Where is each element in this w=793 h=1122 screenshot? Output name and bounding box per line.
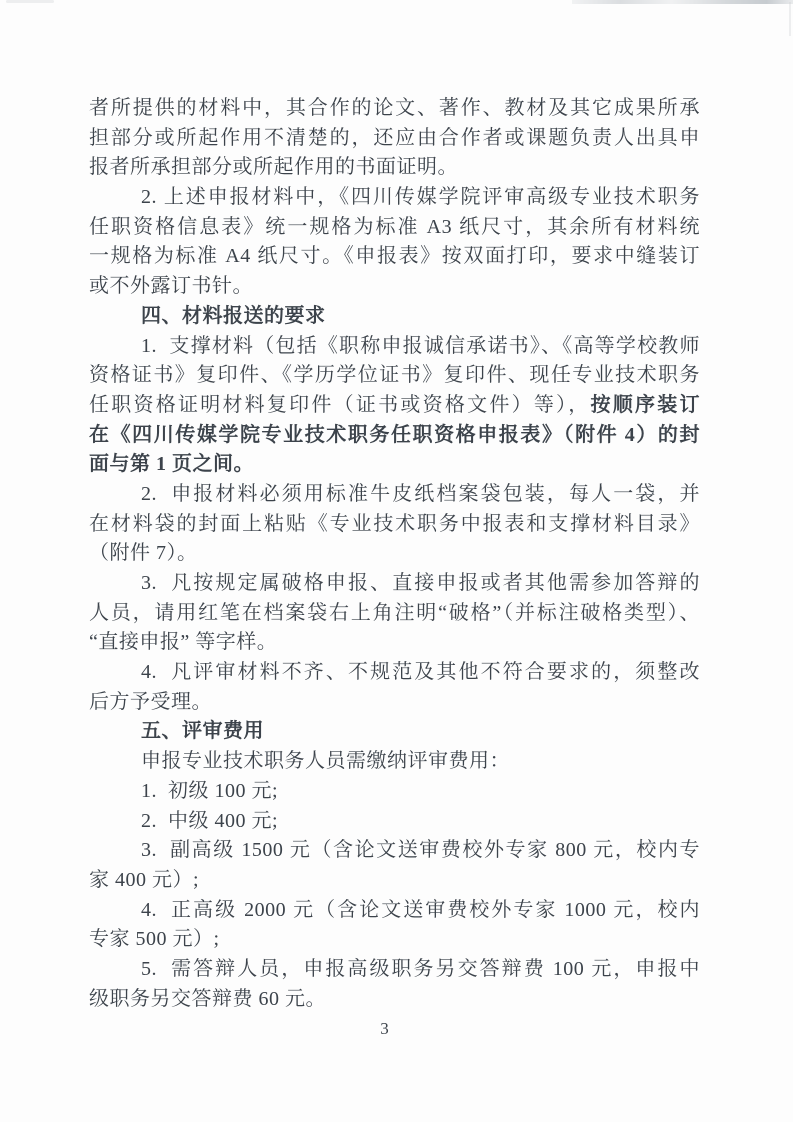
text-line: 资格证书》复印件、《学历学位证书》复印件、现任专业技术职务	[89, 361, 700, 391]
page-number: 3	[0, 1019, 781, 1039]
line-regular-text: 任职资格信息表》统一规格为标准 A3 纸尺寸，其余所有材料统	[89, 216, 700, 238]
line-regular-text: “直接申报” 等字样。	[89, 631, 277, 653]
line-bold-text: 在《四川传媒学院专业技术职务任职资格申报表》（附件 4）的封	[89, 424, 700, 446]
line-regular-text: 专家 500 元）;	[89, 928, 220, 950]
text-line: 人员，请用红笔在档案袋右上角注明“破格”（并标注破格类型）、	[89, 599, 700, 629]
text-line: 3. 副高级 1500 元（含论文送审费校外专家 800 元，校内专	[89, 836, 700, 866]
line-bold-text: 按顺序装订	[591, 394, 700, 416]
text-line: 4. 凡评审材料不齐、不规范及其他不符合要求的，须整改	[89, 658, 700, 688]
text-line: 四、材料报送的要求	[89, 302, 700, 332]
line-regular-text: 2. 中级 400 元;	[141, 810, 278, 832]
line-regular-text: 4. 凡评审材料不齐、不规范及其他不符合要求的，须整改	[141, 661, 700, 683]
line-regular-text: 4. 正高级 2000 元（含论文送审费校外专家 1000 元，校内	[141, 899, 700, 921]
text-line: 任职资格信息表》统一规格为标准 A3 纸尺寸，其余所有材料统	[89, 213, 700, 243]
text-line: 级职务另交答辩费 60 元。	[89, 985, 700, 1015]
line-regular-text: 3. 副高级 1500 元（含论文送审费校外专家 800 元，校内专	[141, 839, 700, 861]
line-regular-text: 1. 支撑材料（包括《职称申报诚信承诺书》、《高等学校教师	[141, 335, 700, 357]
text-line: 2. 上述申报材料中，《四川传媒学院评审高级专业技术职务	[89, 183, 700, 213]
text-line: 报者所承担部分或所起作用的书面证明。	[89, 153, 700, 183]
line-regular-text: 一规格为标准 A4 纸尺寸。《申报表》按双面打印，要求中缝装订	[89, 245, 700, 267]
line-regular-text: 级职务另交答辩费 60 元。	[89, 988, 326, 1010]
text-line: 家 400 元）;	[89, 866, 700, 896]
text-line: 在《四川传媒学院专业技术职务任职资格申报表》（附件 4）的封	[89, 421, 700, 451]
line-regular-text: 在材料袋的封面上粘贴《专业技术职务中报表和支撑材料目录》	[89, 513, 700, 535]
text-line: 后方予受理。	[89, 688, 700, 718]
text-line: “直接申报” 等字样。	[89, 628, 700, 658]
line-bold-text: 面与第 1 页之间。	[89, 453, 254, 475]
text-line: 3. 凡按规定属破格申报、直接申报或者其他需参加答辩的	[89, 569, 700, 599]
text-line: 1. 初级 100 元;	[89, 777, 700, 807]
text-line: 担部分或所起作用不清楚的，还应由合作者或课题负责人出具申	[89, 124, 700, 154]
line-regular-text: 3. 凡按规定属破格申报、直接申报或者其他需参加答辩的	[141, 572, 700, 594]
line-bold-text: 五、评审费用	[141, 720, 264, 742]
text-line: 在材料袋的封面上粘贴《专业技术职务中报表和支撑材料目录》	[89, 510, 700, 540]
text-line: 申报专业技术职务人员需缴纳评审费用：	[89, 747, 700, 777]
text-line: 五、评审费用	[89, 717, 700, 747]
scan-artifact-top-left	[6, 0, 54, 3]
scan-artifact-top-right	[572, 0, 793, 4]
line-regular-text: 2. 申报材料必须用标准牛皮纸档案袋包装，每人一袋，并	[141, 483, 700, 505]
document-page: 者所提供的材料中，其合作的论文、著作、教材及其它成果所承担部分或所起作用不清楚的…	[0, 0, 793, 1122]
line-regular-text: 2. 上述申报材料中，《四川传媒学院评审高级专业技术职务	[141, 186, 700, 208]
line-bold-text: 四、材料报送的要求	[141, 305, 326, 327]
line-regular-text: 人员，请用红笔在档案袋右上角注明“破格”（并标注破格类型）、	[89, 602, 700, 624]
text-line: 5. 需答辩人员，申报高级职务另交答辩费 100 元，申报中	[89, 955, 700, 985]
text-line: 或不外露订书针。	[89, 272, 700, 302]
text-line: 任职资格证明材料复印件（证书或资格文件）等），按顺序装订	[89, 391, 700, 421]
line-regular-text: （附件 7）。	[89, 542, 198, 564]
line-regular-text: 报者所承担部分或所起作用的书面证明。	[89, 156, 458, 178]
line-regular-text: 任职资格证明材料复印件（证书或资格文件）等），	[89, 394, 591, 416]
text-line: （附件 7）。	[89, 539, 700, 569]
text-line: 专家 500 元）;	[89, 925, 700, 955]
text-line: 2. 中级 400 元;	[89, 807, 700, 837]
text-line: 1. 支撑材料（包括《职称申报诚信承诺书》、《高等学校教师	[89, 332, 700, 362]
document-body: 者所提供的材料中，其合作的论文、著作、教材及其它成果所承担部分或所起作用不清楚的…	[89, 94, 700, 1014]
line-regular-text: 担部分或所起作用不清楚的，还应由合作者或课题负责人出具申	[89, 127, 700, 149]
line-regular-text: 后方予受理。	[89, 691, 212, 713]
line-regular-text: 或不外露订书针。	[89, 275, 253, 297]
line-regular-text: 资格证书》复印件、《学历学位证书》复印件、现任专业技术职务	[89, 364, 700, 386]
line-regular-text: 1. 初级 100 元;	[141, 780, 278, 802]
text-line: 4. 正高级 2000 元（含论文送审费校外专家 1000 元，校内	[89, 896, 700, 926]
text-line: 者所提供的材料中，其合作的论文、著作、教材及其它成果所承	[89, 94, 700, 124]
scan-artifact-right-edge	[789, 2, 791, 36]
text-line: 一规格为标准 A4 纸尺寸。《申报表》按双面打印，要求中缝装订	[89, 242, 700, 272]
line-regular-text: 家 400 元）;	[89, 869, 199, 891]
line-regular-text: 5. 需答辩人员，申报高级职务另交答辩费 100 元，申报中	[141, 958, 700, 980]
text-line: 2. 申报材料必须用标准牛皮纸档案袋包装，每人一袋，并	[89, 480, 700, 510]
text-line: 面与第 1 页之间。	[89, 450, 700, 480]
line-regular-text: 申报专业技术职务人员需缴纳评审费用：	[141, 750, 510, 772]
line-regular-text: 者所提供的材料中，其合作的论文、著作、教材及其它成果所承	[89, 97, 700, 119]
